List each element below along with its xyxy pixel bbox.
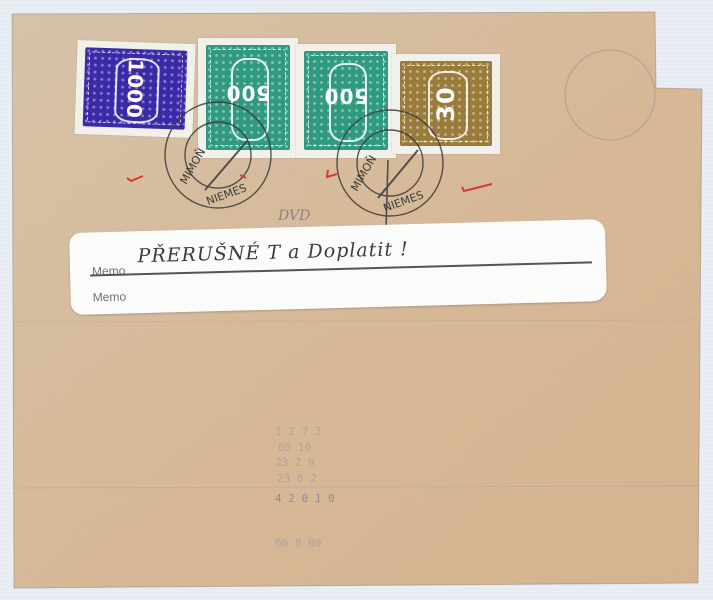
memo-handwriting: PŘERUŠNÉ T a Doplatit ! <box>137 238 409 267</box>
memo-label-2: Memo <box>93 290 127 305</box>
postmark-1-town-bottom: NIEMES <box>205 181 249 208</box>
postmark-1-town-top: MIMOŇ <box>177 146 208 186</box>
memo-label-1: Memo <box>92 264 126 279</box>
postmark-2-town-bottom: NIEMES <box>382 188 426 215</box>
pencil-note: DVD <box>277 208 310 224</box>
memo-slip: Memo PŘERUŠNÉ T a Doplatit ! Memo <box>69 219 607 315</box>
postmark-2-town-top: MIMOŇ <box>348 153 379 193</box>
